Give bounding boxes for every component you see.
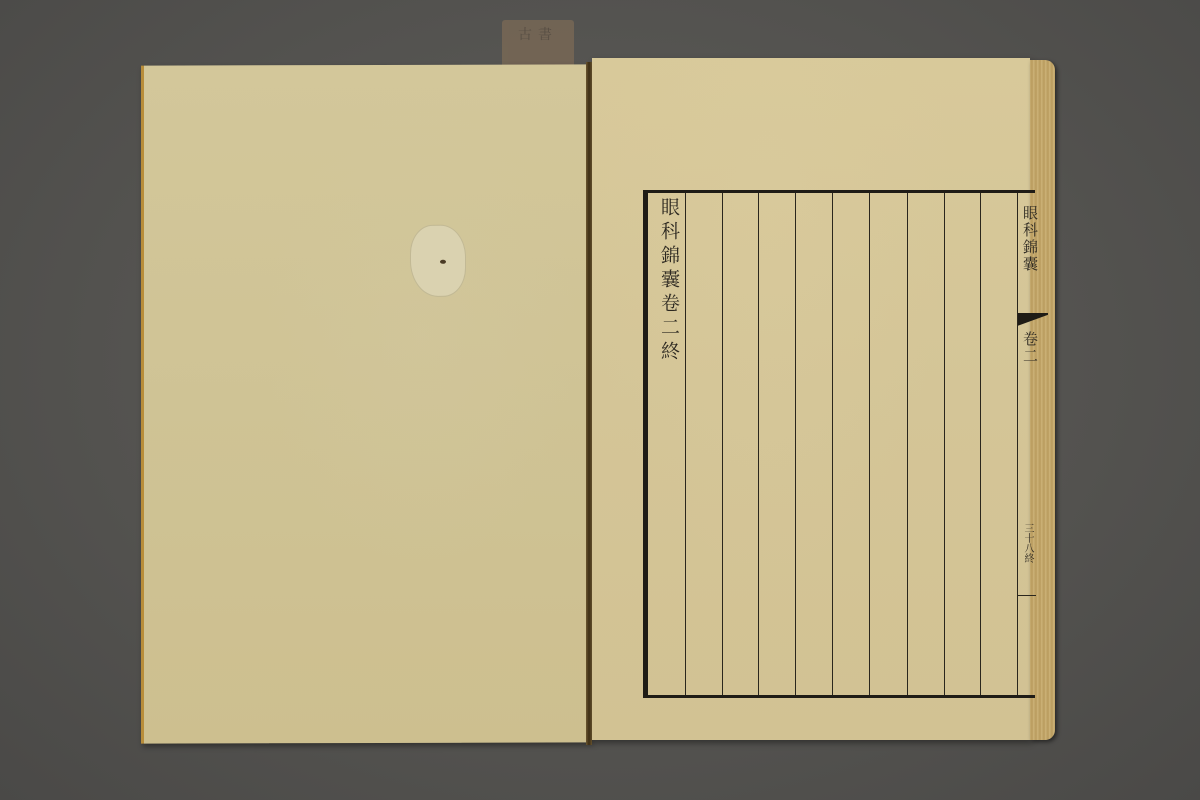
block-heart: 眼科錦囊 卷二 三十八終 [1018,193,1036,695]
column-rule [685,193,686,695]
show-through-text [700,260,725,460]
folio-rule [1018,595,1036,596]
column-rule [795,193,796,695]
left-page-blank [141,64,592,743]
volume-end-title: 眼科錦囊卷二終 [651,197,683,365]
catalog-tag-text: 古書 [508,26,568,62]
column-rule [832,193,833,695]
column-rule [869,193,870,695]
column-rule [944,193,945,695]
column-rule [907,193,908,695]
heart-book-title: 眼科錦囊 [1020,205,1041,273]
paper-stain [410,225,466,297]
column-rule [980,193,981,695]
heart-volume: 卷二 [1020,331,1041,365]
fishtail-mark-icon [1018,313,1048,327]
catalog-tag: 古書 [502,20,574,68]
paper-stain-dot [440,260,446,264]
column-rule [758,193,759,695]
heart-folio-number: 三十八終 [1020,523,1035,563]
